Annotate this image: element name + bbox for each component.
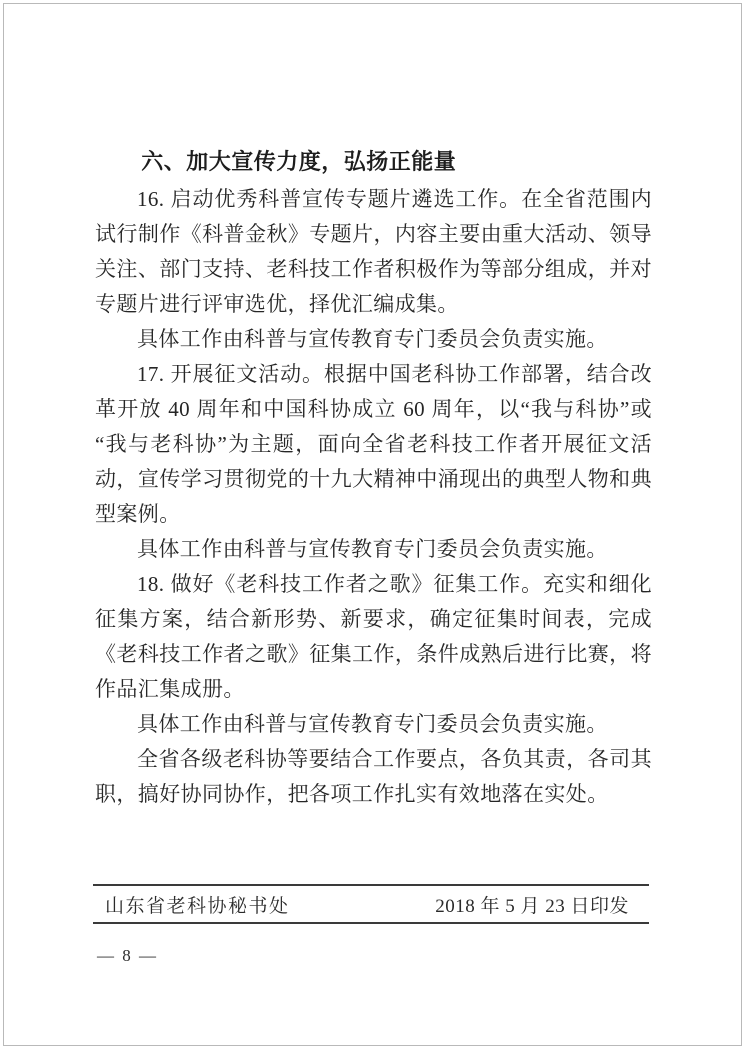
section-heading: 六、加大宣传力度，弘扬正能量: [95, 144, 652, 180]
document-page: 六、加大宣传力度，弘扬正能量 16. 启动优秀科普宣传专题片遴选工作。在全省范围…: [0, 0, 745, 1050]
footer-issuing-office: 山东省老科协秘书处: [105, 891, 290, 918]
paragraph-responsibility-1: 具体工作由科普与宣传教育专门委员会负责实施。: [95, 322, 652, 357]
page-number: — 8 —: [97, 946, 158, 966]
paragraph-responsibility-3: 具体工作由科普与宣传教育专门委员会负责实施。: [95, 707, 652, 742]
footer-print-date: 2018 年 5 月 23 日印发: [435, 891, 629, 918]
footer-imprint-band: 山东省老科协秘书处 2018 年 5 月 23 日印发: [93, 884, 649, 924]
paragraph-18: 18. 做好《老科技工作者之歌》征集工作。充实和细化征集方案，结合新形势、新要求…: [95, 567, 652, 707]
paragraph-closing: 全省各级老科协等要结合工作要点，各负其责，各司其职，搞好协同协作，把各项工作扎实…: [95, 742, 652, 812]
paragraph-responsibility-2: 具体工作由科普与宣传教育专门委员会负责实施。: [95, 532, 652, 567]
paragraph-16: 16. 启动优秀科普宣传专题片遴选工作。在全省范围内试行制作《科普金秋》专题片，…: [95, 182, 652, 322]
document-body: 六、加大宣传力度，弘扬正能量 16. 启动优秀科普宣传专题片遴选工作。在全省范围…: [95, 144, 652, 812]
paragraph-17: 17. 开展征文活动。根据中国老科协工作部署，结合改革开放 40 周年和中国科协…: [95, 357, 652, 532]
